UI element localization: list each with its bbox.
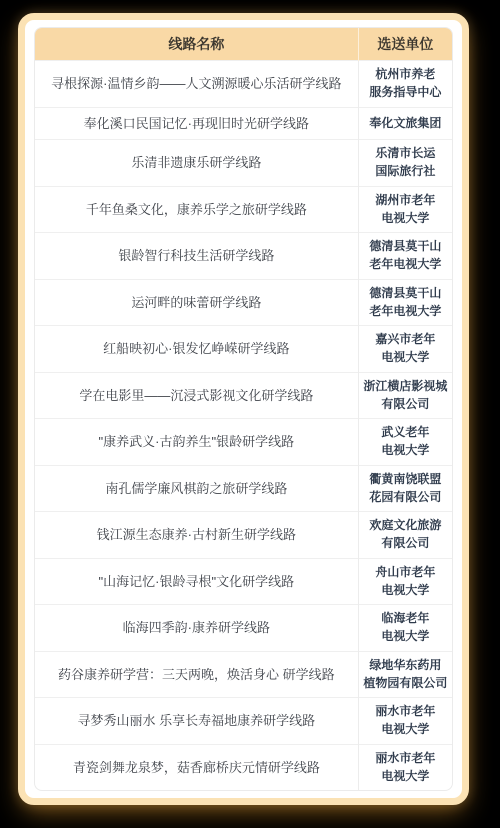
table-row: "山海记忆·银龄寻根"文化研学线路舟山市老年 电视大学 <box>35 558 452 605</box>
route-name-cell: 钱江源生态康养·古村新生研学线路 <box>35 512 358 559</box>
route-name-cell: 南孔儒学廉风棋韵之旅研学线路 <box>35 465 358 512</box>
route-name-cell: 乐清非遗康乐研学线路 <box>35 140 358 187</box>
table-body: 寻根探源·温情乡韵——人文溯源暖心乐活研学线路杭州市养老 服务指导中心奉化溪口民… <box>35 61 452 791</box>
route-name-cell: 临海四季韵·康养研学线路 <box>35 605 358 652</box>
table-row: "康养武义·古韵养生"银龄研学线路武义老年 电视大学 <box>35 419 452 466</box>
table-card: 线路名称 选送单位 寻根探源·温情乡韵——人文溯源暖心乐活研学线路杭州市养老 服… <box>18 13 469 805</box>
route-name-cell: 药谷康养研学营：三天两晚，焕活身心 研学线路 <box>35 651 358 698</box>
unit-cell: 舟山市老年 电视大学 <box>358 558 452 605</box>
route-name-cell: 学在电影里——沉浸式影视文化研学线路 <box>35 372 358 419</box>
route-name-cell: 运河畔的味蕾研学线路 <box>35 279 358 326</box>
table-row: 乐清非遗康乐研学线路乐清市长运 国际旅行社 <box>35 140 452 187</box>
unit-cell: 湖州市老年 电视大学 <box>358 186 452 233</box>
unit-cell: 奉化文旅集团 <box>358 107 452 140</box>
table-row: 青瓷剑舞龙泉梦，菇香廊桥庆元情研学线路丽水市老年 电视大学 <box>35 744 452 790</box>
table-row: 银龄智行科技生活研学线路德清县莫干山 老年电视大学 <box>35 233 452 280</box>
unit-cell: 衢黄南饶联盟 花园有限公司 <box>358 465 452 512</box>
unit-cell: 欢庭文化旅游 有限公司 <box>358 512 452 559</box>
route-name-cell: 奉化溪口民国记忆·再现旧时光研学线路 <box>35 107 358 140</box>
table-row: 学在电影里——沉浸式影视文化研学线路浙江横店影视城 有限公司 <box>35 372 452 419</box>
unit-cell: 丽水市老年 电视大学 <box>358 744 452 790</box>
table-row: 临海四季韵·康养研学线路临海老年 电视大学 <box>35 605 452 652</box>
unit-cell: 乐清市长运 国际旅行社 <box>358 140 452 187</box>
table-header-row: 线路名称 选送单位 <box>35 28 452 61</box>
table-row: 奉化溪口民国记忆·再现旧时光研学线路奉化文旅集团 <box>35 107 452 140</box>
unit-cell: 绿地华东药用 植物园有限公司 <box>358 651 452 698</box>
table-row: 钱江源生态康养·古村新生研学线路欢庭文化旅游 有限公司 <box>35 512 452 559</box>
route-name-cell: "康养武义·古韵养生"银龄研学线路 <box>35 419 358 466</box>
unit-cell: 德清县莫干山 老年电视大学 <box>358 233 452 280</box>
unit-cell: 嘉兴市老年 电视大学 <box>358 326 452 373</box>
table-row: 药谷康养研学营：三天两晚，焕活身心 研学线路绿地华东药用 植物园有限公司 <box>35 651 452 698</box>
table-row: 寻梦秀山丽水 乐享长寿福地康养研学线路丽水市老年 电视大学 <box>35 698 452 745</box>
table-row: 红船映初心·银发忆峥嵘研学线路嘉兴市老年 电视大学 <box>35 326 452 373</box>
route-name-cell: 寻根探源·温情乡韵——人文溯源暖心乐活研学线路 <box>35 61 358 108</box>
unit-cell: 杭州市养老 服务指导中心 <box>358 61 452 108</box>
route-name-cell: 银龄智行科技生活研学线路 <box>35 233 358 280</box>
unit-cell: 丽水市老年 电视大学 <box>358 698 452 745</box>
header-route-name: 线路名称 <box>35 28 358 61</box>
routes-table: 线路名称 选送单位 寻根探源·温情乡韵——人文溯源暖心乐活研学线路杭州市养老 服… <box>34 27 453 791</box>
route-name-cell: 千年鱼桑文化，康养乐学之旅研学线路 <box>35 186 358 233</box>
table-row: 运河畔的味蕾研学线路德清县莫干山 老年电视大学 <box>35 279 452 326</box>
unit-cell: 浙江横店影视城 有限公司 <box>358 372 452 419</box>
page-background: { "page": { "background_color": "#000000… <box>0 0 500 828</box>
table-row: 千年鱼桑文化，康养乐学之旅研学线路湖州市老年 电视大学 <box>35 186 452 233</box>
table-row: 南孔儒学廉风棋韵之旅研学线路衢黄南饶联盟 花园有限公司 <box>35 465 452 512</box>
route-name-cell: 寻梦秀山丽水 乐享长寿福地康养研学线路 <box>35 698 358 745</box>
route-name-cell: "山海记忆·银龄寻根"文化研学线路 <box>35 558 358 605</box>
table-row: 寻根探源·温情乡韵——人文溯源暖心乐活研学线路杭州市养老 服务指导中心 <box>35 61 452 108</box>
unit-cell: 临海老年 电视大学 <box>358 605 452 652</box>
unit-cell: 德清县莫干山 老年电视大学 <box>358 279 452 326</box>
header-unit: 选送单位 <box>358 28 452 61</box>
unit-cell: 武义老年 电视大学 <box>358 419 452 466</box>
route-name-cell: 红船映初心·银发忆峥嵘研学线路 <box>35 326 358 373</box>
route-name-cell: 青瓷剑舞龙泉梦，菇香廊桥庆元情研学线路 <box>35 744 358 790</box>
